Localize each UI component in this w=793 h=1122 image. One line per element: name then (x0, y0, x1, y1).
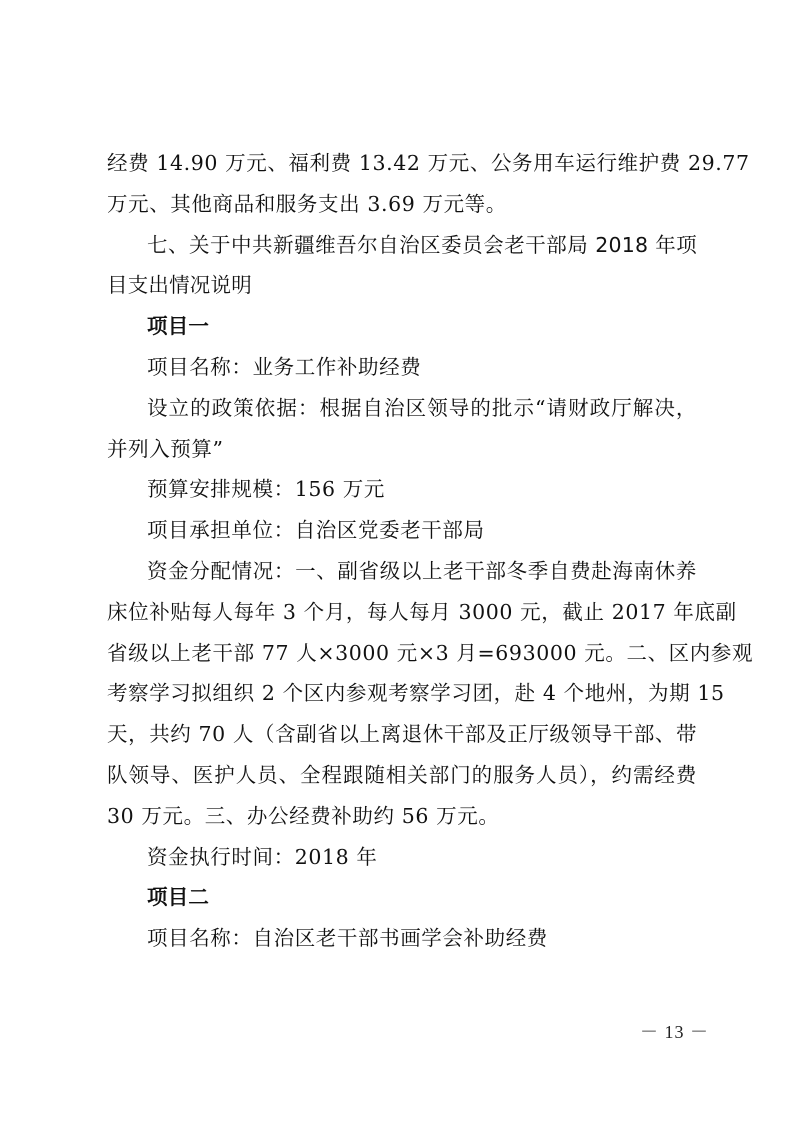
project-two-name: 项目名称：自治区老干部书画学会补助经费 (107, 918, 697, 959)
project-one-fund-allocation-line4: 考察学习拟组织 2 个区内参观考察学习团，赴 4 个地州，为期 15 (107, 673, 697, 714)
project-one-fund-allocation-line3: 省级以上老干部 77 人×3000 元×3 月=693000 元。二、区内参观 (107, 633, 697, 674)
project-one-policy-basis: 设立的政策依据：根据自治区领导的批示“请财政厅解决， (107, 388, 697, 429)
project-one-responsible-unit: 项目承担单位：自治区党委老干部局 (107, 510, 697, 551)
project-one-policy-basis-cont: 并列入预算” (107, 429, 697, 470)
project-one-fund-allocation-line2: 床位补贴每人每年 3 个月，每人每月 3000 元，截止 2017 年底副 (107, 592, 697, 633)
section-heading-seven-cont: 目支出情况说明 (107, 265, 697, 306)
document-page-body: 经费 14.90 万元、福利费 13.42 万元、公务用车运行维护费 29.77… (107, 143, 697, 959)
project-one-execution-time: 资金执行时间：2018 年 (107, 837, 697, 878)
project-one-fund-allocation: 资金分配情况：一、副省级以上老干部冬季自费赴海南休养 (107, 551, 697, 592)
project-one-heading: 项目一 (107, 306, 697, 347)
paragraph-line-prev-expenses: 经费 14.90 万元、福利费 13.42 万元、公务用车运行维护费 29.77 (107, 143, 697, 184)
page-number: － 13 － (640, 1018, 709, 1044)
project-one-fund-allocation-line5: 天，共约 70 人（含副省以上离退休干部及正厅级领导干部、带 (107, 714, 697, 755)
paragraph-line-prev-expenses-end: 万元、其他商品和服务支出 3.69 万元等。 (107, 184, 697, 225)
project-one-fund-allocation-line6: 队领导、医护人员、全程跟随相关部门的服务人员），约需经费 (107, 755, 697, 796)
section-heading-seven: 七、关于中共新疆维吾尔自治区委员会老干部局 2018 年项 (107, 225, 697, 266)
project-two-heading: 项目二 (107, 877, 697, 918)
project-one-name: 项目名称：业务工作补助经费 (107, 347, 697, 388)
project-one-fund-allocation-line7: 30 万元。三、办公经费补助约 56 万元。 (107, 796, 697, 837)
project-one-budget-scale: 预算安排规模：156 万元 (107, 469, 697, 510)
